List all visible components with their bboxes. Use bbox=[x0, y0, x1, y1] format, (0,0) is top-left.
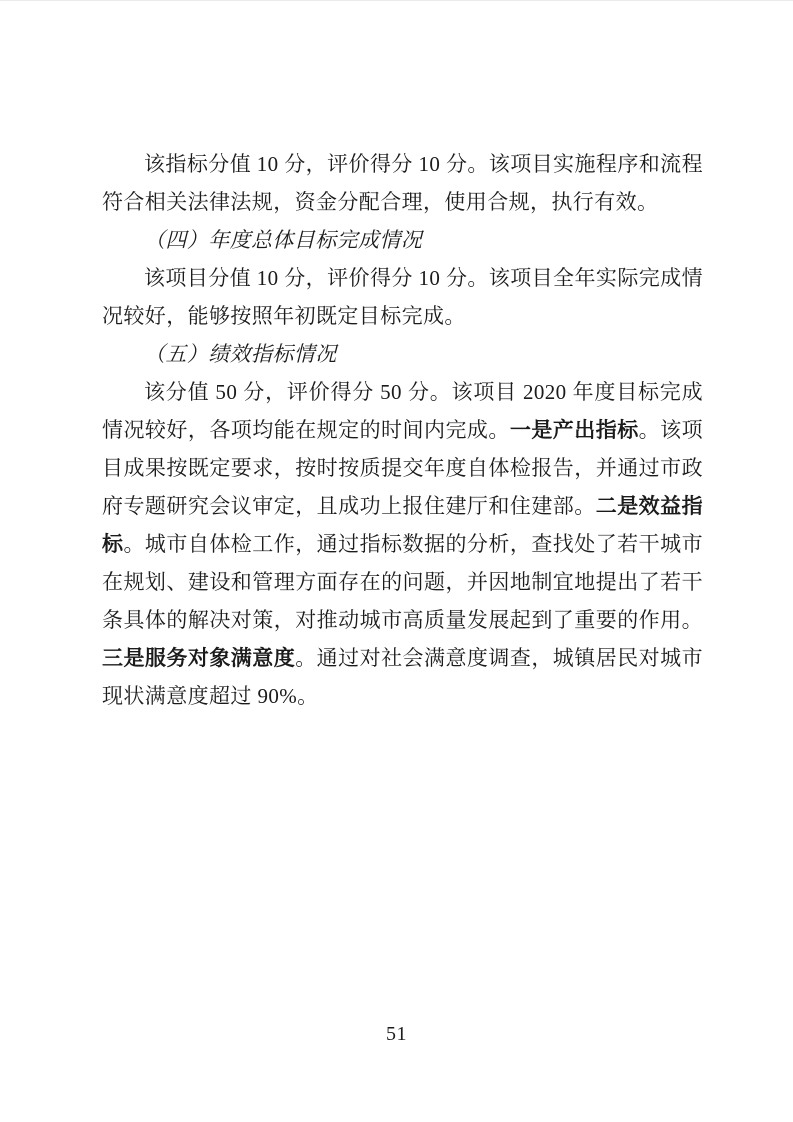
text-segment: （四）年度总体目标完成情况 bbox=[144, 228, 422, 252]
section-heading: （五）绩效指标情况 bbox=[102, 335, 703, 373]
document-body: 该指标分值 10 分，评价得分 10 分。该项目实施程序和流程符合相关法律法规，… bbox=[102, 145, 703, 715]
text-segment: 该指标分值 10 分，评价得分 10 分。该项目实施程序和流程符合相关法律法规，… bbox=[102, 152, 703, 214]
document-page: 该指标分值 10 分，评价得分 10 分。该项目实施程序和流程符合相关法律法规，… bbox=[0, 0, 793, 1122]
page-number: 51 bbox=[0, 1021, 793, 1047]
bold-emphasis: 三是服务对象满意度 bbox=[102, 646, 295, 670]
paragraph: 该分值 50 分，评价得分 50 分。该项目 2020 年度目标完成情况较好，各… bbox=[102, 373, 703, 715]
paragraph: 该项目分值 10 分，评价得分 10 分。该项目全年实际完成情况较好，能够按照年… bbox=[102, 259, 703, 335]
bold-emphasis: 一是产出指标 bbox=[510, 418, 639, 442]
text-segment: 该项目分值 10 分，评价得分 10 分。该项目全年实际完成情况较好，能够按照年… bbox=[102, 266, 703, 328]
text-segment: （五）绩效指标情况 bbox=[144, 342, 337, 366]
section-heading: （四）年度总体目标完成情况 bbox=[102, 221, 703, 259]
paragraph: 该指标分值 10 分，评价得分 10 分。该项目实施程序和流程符合相关法律法规，… bbox=[102, 145, 703, 221]
text-segment: 。城市自体检工作，通过指标数据的分析，查找处了若干城市在规划、建设和管理方面存在… bbox=[102, 532, 703, 632]
